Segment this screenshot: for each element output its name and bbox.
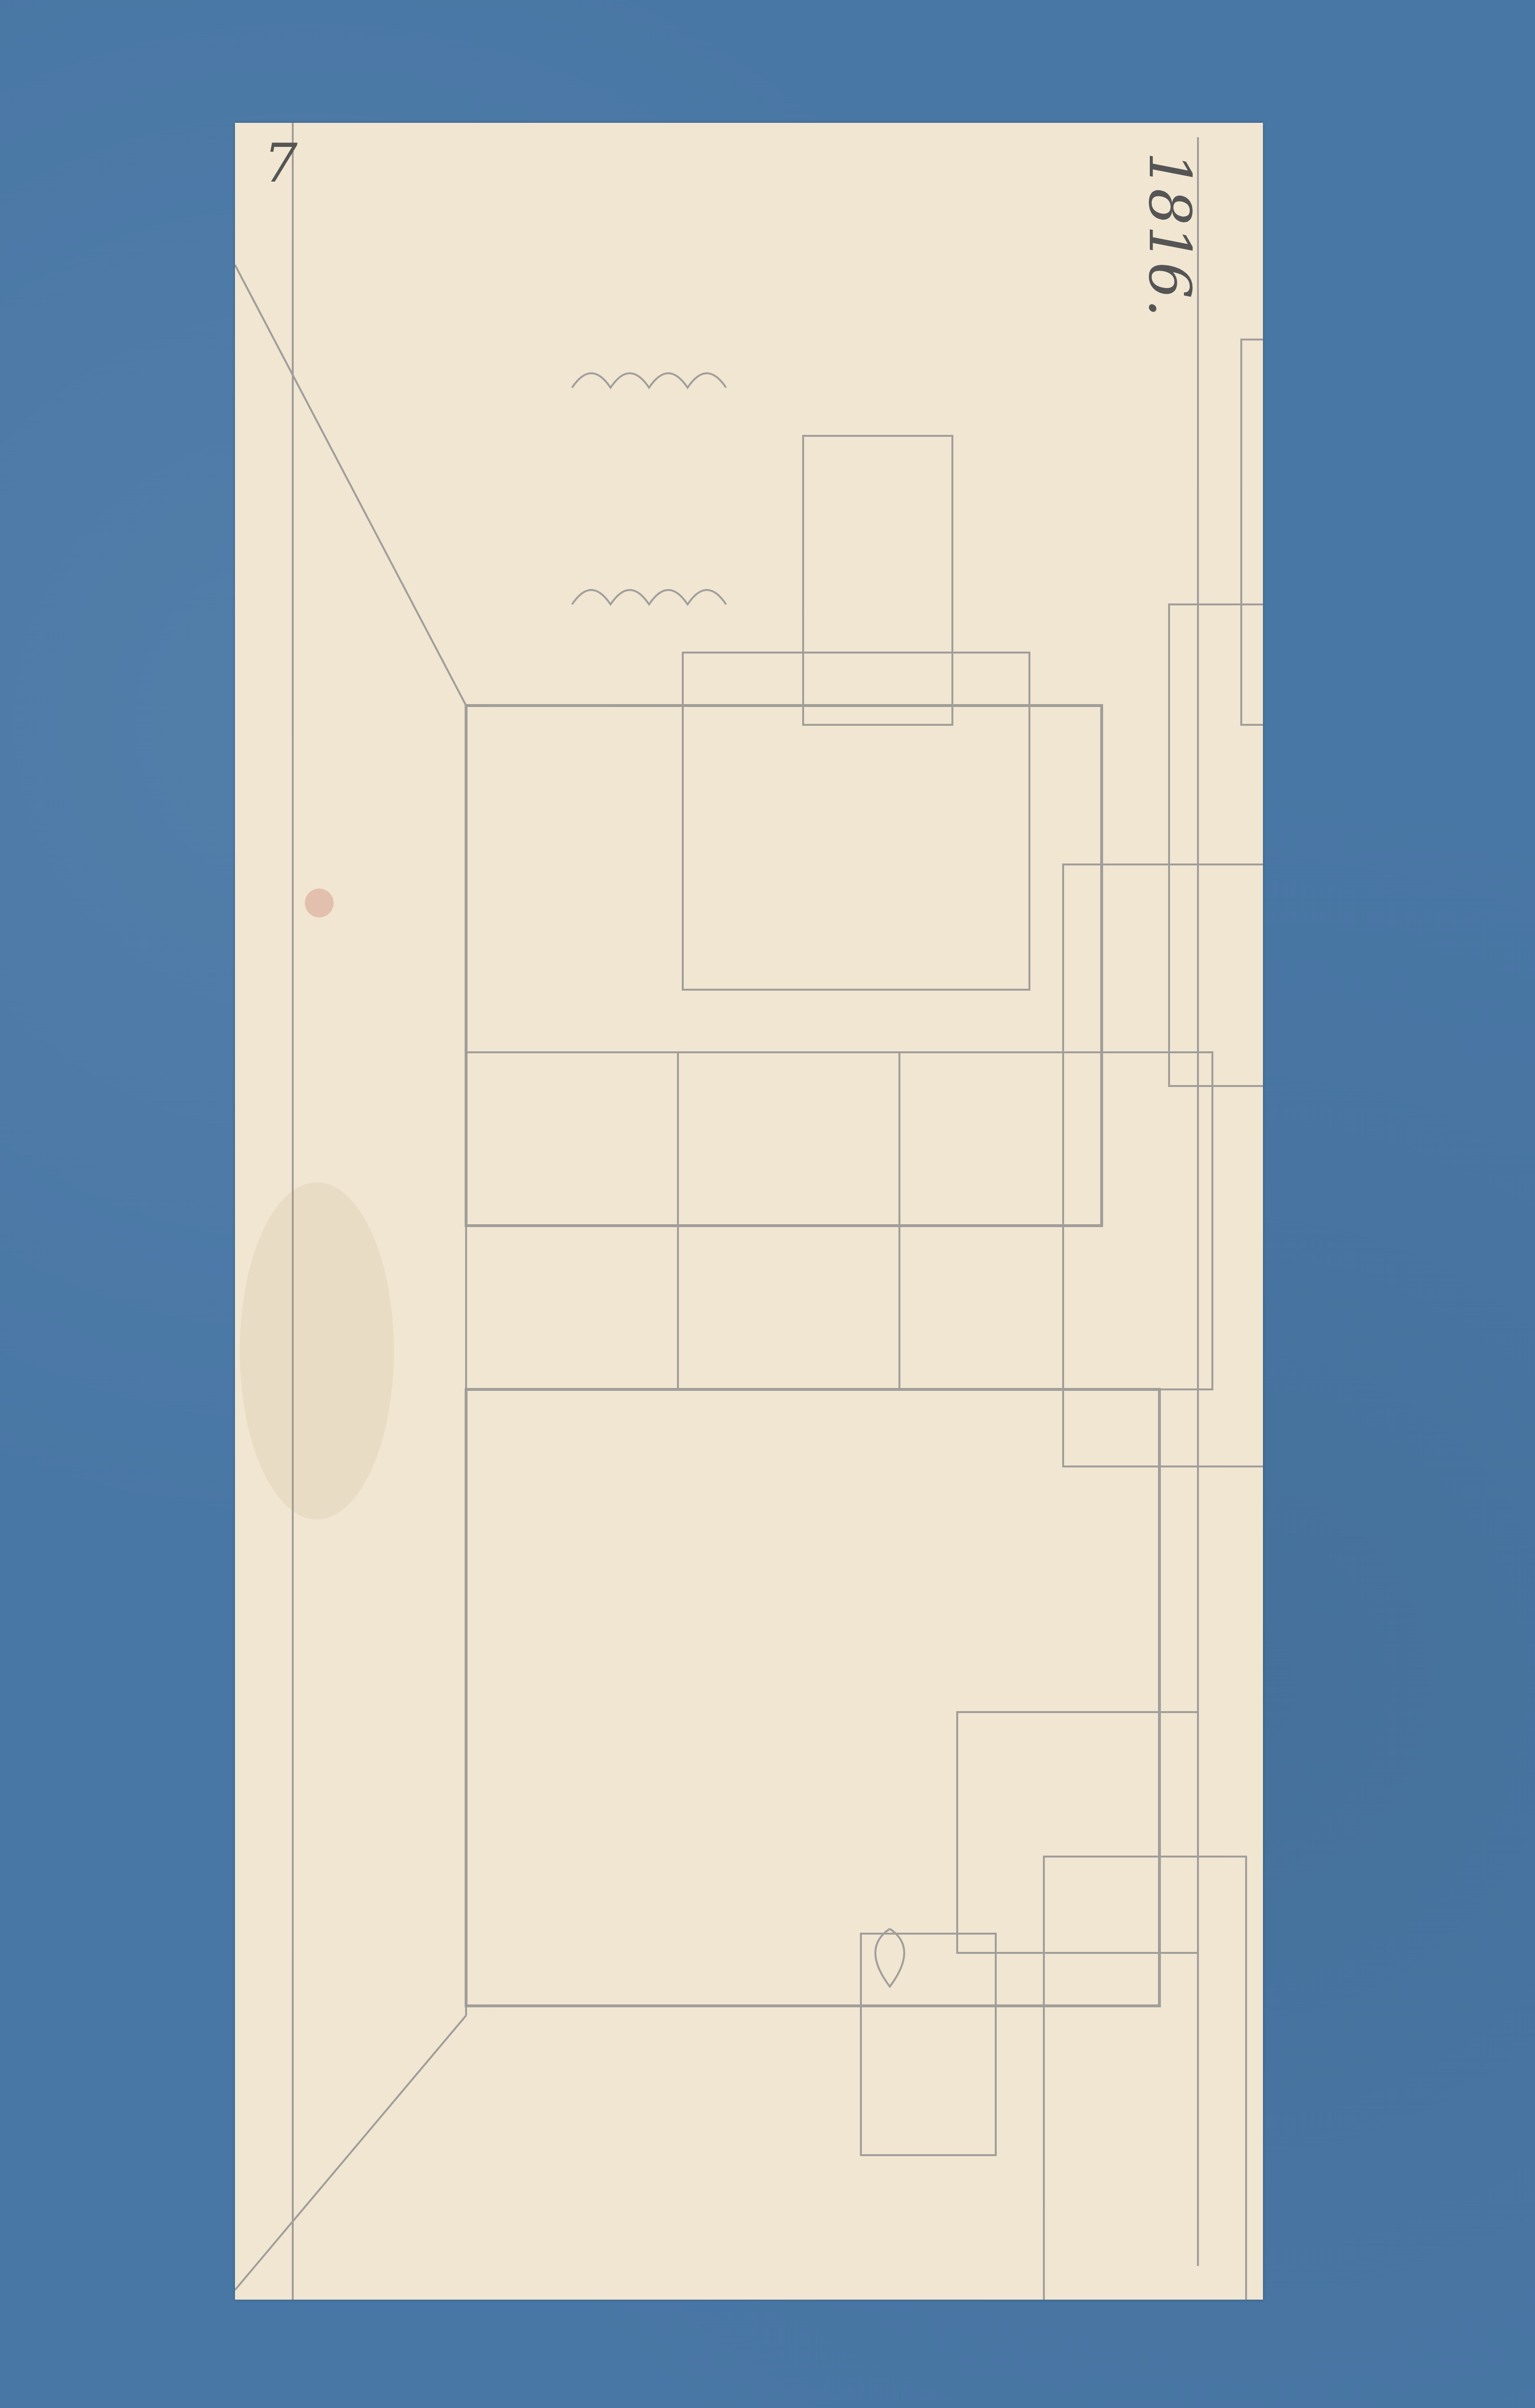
drawing-sheet: 7 1816. (235, 123, 1263, 2300)
foxing-stain (240, 1182, 394, 1519)
page-number-inscription: 7 (264, 132, 298, 194)
interior-sketch (235, 123, 1263, 2300)
date-inscription: 1816. (1136, 152, 1203, 317)
reddish-stain (305, 889, 334, 917)
